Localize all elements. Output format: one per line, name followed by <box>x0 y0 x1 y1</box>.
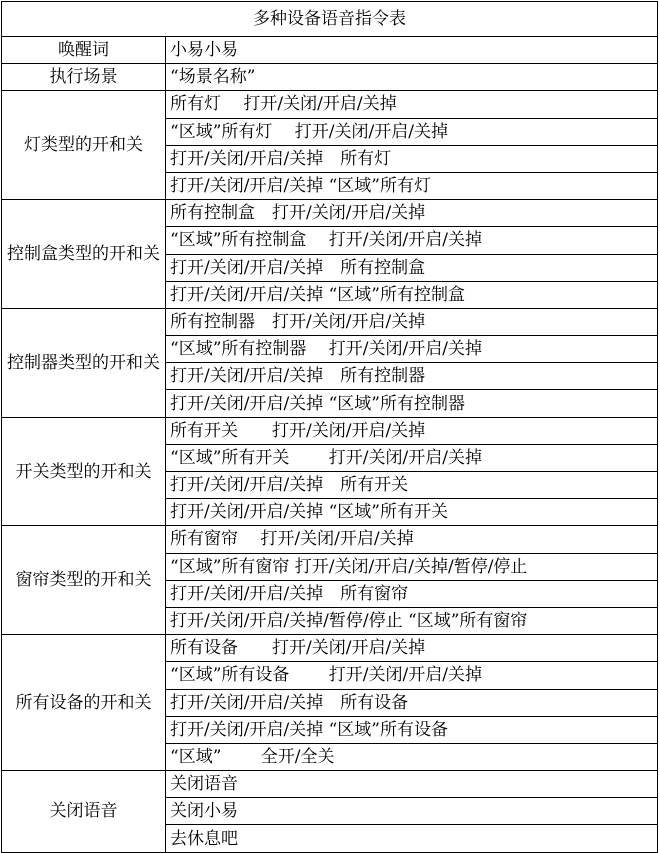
command-cell: “区域” 全开/全关 <box>166 743 658 770</box>
command-cell: 所有控制盒 打开/关闭/开启/关掉 <box>166 200 658 227</box>
category-cell: 执行场景 <box>2 64 166 91</box>
table-row: 控制器类型的开和关 所有控制器 打开/关闭/开启/关掉 <box>2 308 658 335</box>
table-row: 执行场景 “场景名称” <box>2 64 658 91</box>
voice-command-table: 多种设备语音指令表 唤醒词 小易小易 执行场景 “场景名称” 灯类型的开和关 所… <box>1 1 658 852</box>
category-cell: 窗帘类型的开和关 <box>2 526 166 635</box>
command-cell: 打开/关闭/开启/关掉 所有灯 <box>166 145 658 172</box>
command-cell: 打开/关闭/开启/关掉 所有控制盒 <box>166 254 658 281</box>
command-cell: 所有开关 打开/关闭/开启/关掉 <box>166 417 658 444</box>
category-cell: 关闭语音 <box>2 771 166 852</box>
table-row: 唤醒词 小易小易 <box>2 37 658 64</box>
category-cell: 开关类型的开和关 <box>2 417 166 526</box>
table-title: 多种设备语音指令表 <box>2 2 658 37</box>
command-cell: 打开/关闭/开启/关掉 所有设备 <box>166 689 658 716</box>
command-cell: 所有窗帘 打开/关闭/开启/关掉 <box>166 526 658 553</box>
command-cell: “区域”所有开关 打开/关闭/开启/关掉 <box>166 444 658 471</box>
command-cell: “区域”所有控制盒 打开/关闭/开启/关掉 <box>166 227 658 254</box>
command-cell: “区域”所有窗帘 打开/关闭/开启/关掉/暂停/停止 <box>166 553 658 580</box>
command-cell: 去休息吧 <box>166 825 658 852</box>
command-cell: 打开/关闭/开启/关掉 所有控制器 <box>166 363 658 390</box>
table-row: 开关类型的开和关 所有开关 打开/关闭/开启/关掉 <box>2 417 658 444</box>
command-cell: 打开/关闭/开启/关掉 “区域”所有控制盒 <box>166 281 658 308</box>
command-cell: “区域”所有设备 打开/关闭/开启/关掉 <box>166 662 658 689</box>
title-row: 多种设备语音指令表 <box>2 2 658 37</box>
command-cell: 打开/关闭/开启/关掉 “区域”所有控制器 <box>166 390 658 417</box>
category-cell: 控制盒类型的开和关 <box>2 200 166 309</box>
table-row: 灯类型的开和关 所有灯 打开/关闭/开启/关掉 <box>2 91 658 118</box>
command-cell: 打开/关闭/开启/关掉 “区域”所有开关 <box>166 499 658 526</box>
table-row: 所有设备的开和关 所有设备 打开/关闭/开启/关掉 <box>2 635 658 662</box>
command-cell: 打开/关闭/开启/关掉/暂停/停止 “区域”所有窗帘 <box>166 607 658 634</box>
table-row: 控制盒类型的开和关 所有控制盒 打开/关闭/开启/关掉 <box>2 200 658 227</box>
command-cell: 打开/关闭/开启/关掉 “区域”所有灯 <box>166 172 658 199</box>
command-cell: “区域”所有灯 打开/关闭/开启/关掉 <box>166 118 658 145</box>
category-cell: 灯类型的开和关 <box>2 91 166 200</box>
category-cell: 唤醒词 <box>2 37 166 64</box>
command-cell: 所有灯 打开/关闭/开启/关掉 <box>166 91 658 118</box>
category-cell: 控制器类型的开和关 <box>2 308 166 417</box>
table-row: 窗帘类型的开和关 所有窗帘 打开/关闭/开启/关掉 <box>2 526 658 553</box>
command-cell: 所有控制器 打开/关闭/开启/关掉 <box>166 308 658 335</box>
table-row: 关闭语音 关闭语音 <box>2 771 658 798</box>
command-cell: 打开/关闭/开启/关掉 所有窗帘 <box>166 580 658 607</box>
command-cell: 小易小易 <box>166 37 658 64</box>
command-cell: “场景名称” <box>166 64 658 91</box>
command-cell: 关闭小易 <box>166 798 658 825</box>
command-cell: 打开/关闭/开启/关掉 “区域”所有设备 <box>166 716 658 743</box>
command-cell: “区域”所有控制器 打开/关闭/开启/关掉 <box>166 336 658 363</box>
command-cell: 打开/关闭/开启/关掉 所有开关 <box>166 472 658 499</box>
command-cell: 关闭语音 <box>166 771 658 798</box>
command-cell: 所有设备 打开/关闭/开启/关掉 <box>166 635 658 662</box>
category-cell: 所有设备的开和关 <box>2 635 166 771</box>
